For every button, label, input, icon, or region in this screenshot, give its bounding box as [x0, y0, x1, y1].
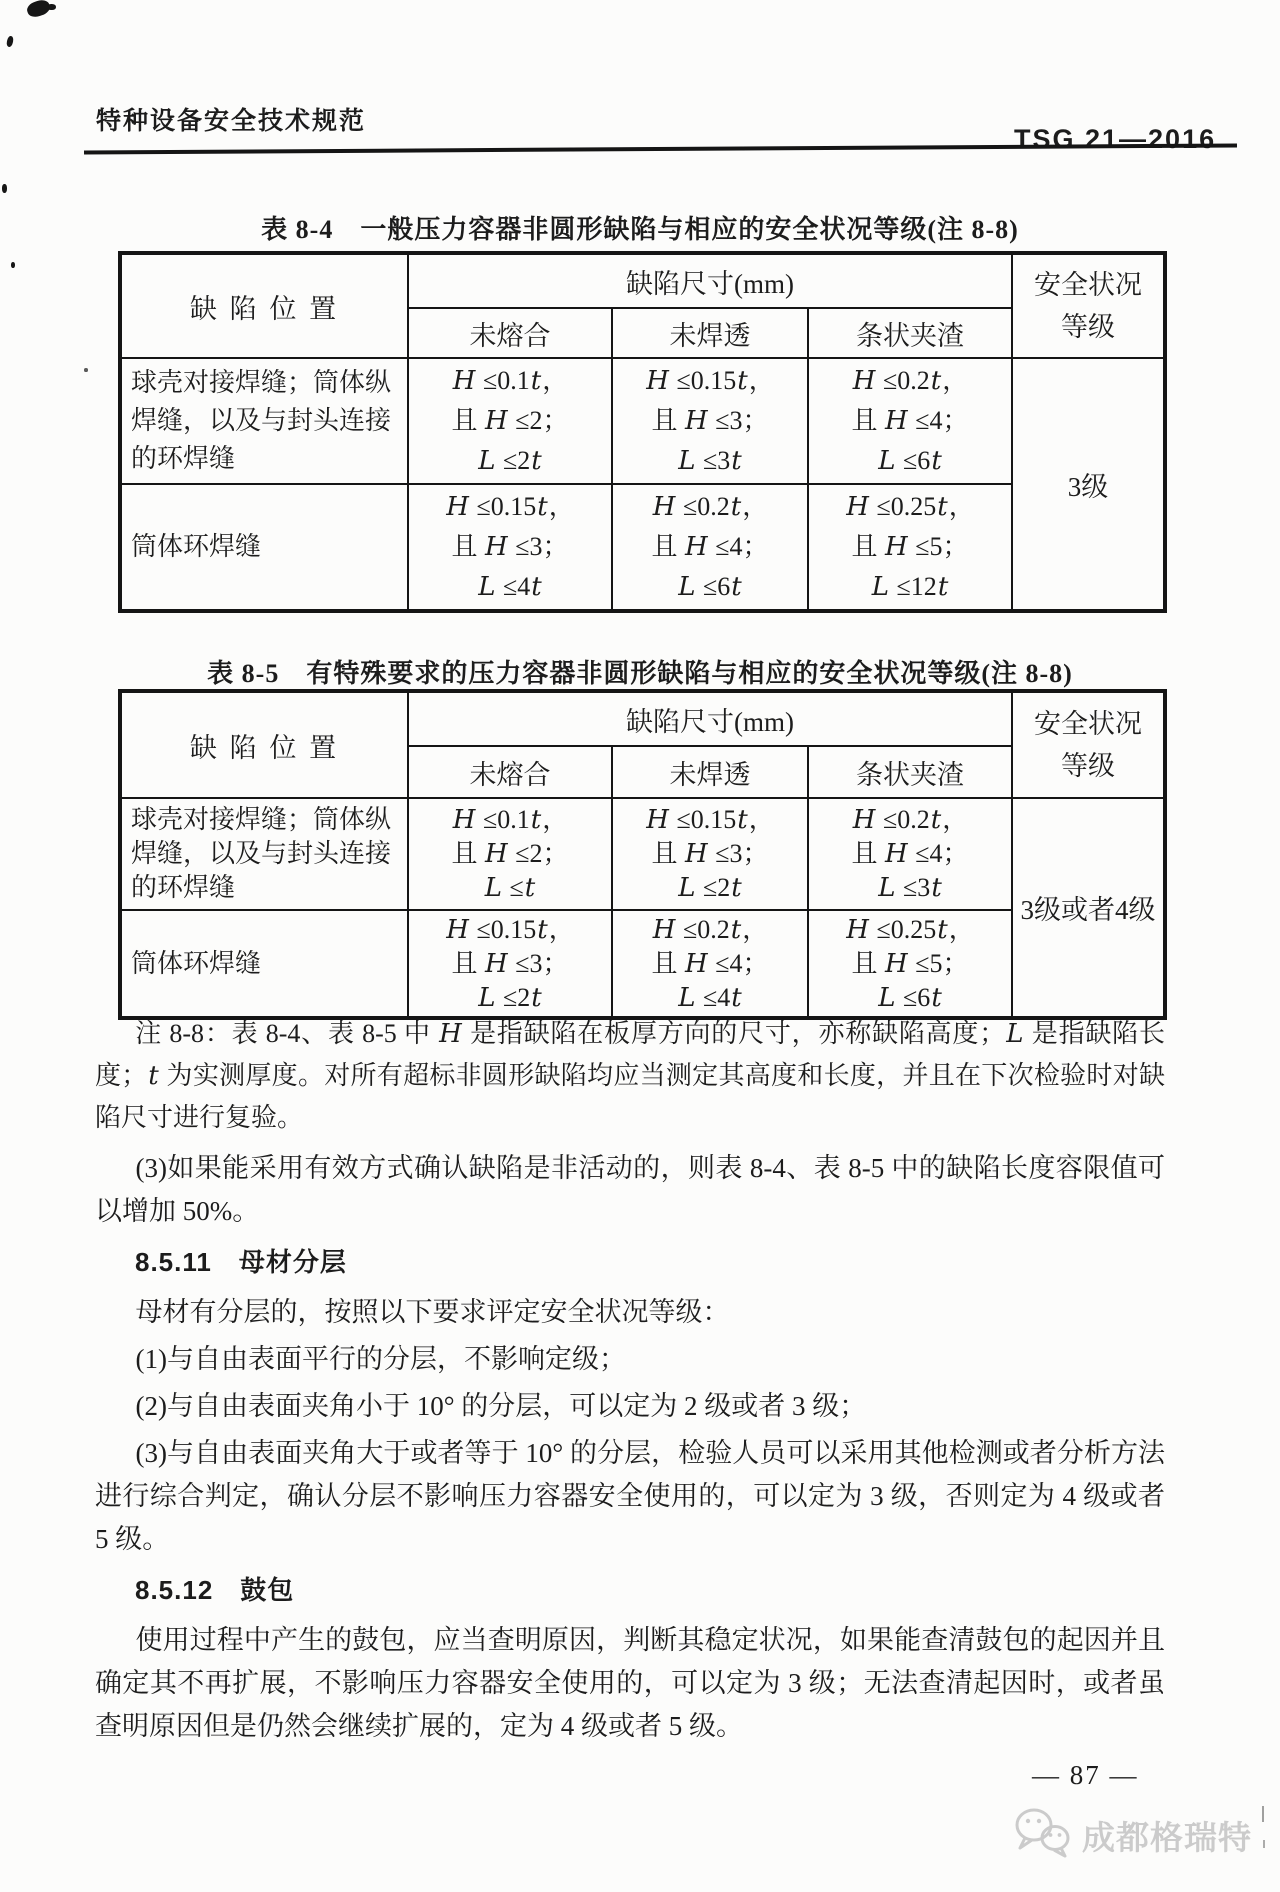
size-limit-line: 且 H ≤5； [809, 527, 1011, 567]
column-header-incomplete-fusion: 未熔合 [408, 746, 612, 798]
paragraph: (2)与自由表面夹角小于 10° 的分层，可以定为 2 级或者 3 级； [95, 1385, 1165, 1428]
table-row: 球壳对接焊缝；筒体纵焊缝，以及与封头连接的环焊缝 H ≤0.1t， 且 H ≤2… [120, 798, 1165, 910]
paragraph: 母材有分层的，按照以下要求评定安全状况等级： [95, 1291, 1165, 1334]
size-limit-line: H ≤0.15t， [613, 361, 807, 401]
size-limit-line: L ≤6t [613, 567, 807, 607]
table-header-row: 缺 陷 位 置 缺陷尺寸(mm) 安全状况 等级 [120, 253, 1165, 308]
scan-speckle [25, 0, 52, 19]
cell-defect-location: 球壳对接焊缝；筒体纵焊缝，以及与封头连接的环焊缝 [120, 798, 408, 910]
table-row: 球壳对接焊缝；筒体纵焊缝，以及与封头连接的环焊缝 H ≤0.1t， 且 H ≤2… [120, 358, 1165, 484]
safety-grade-header-line2: 等级 [1013, 306, 1163, 348]
size-limit-line: 且 H ≤3； [409, 947, 611, 981]
size-limit-line: L ≤4t [409, 567, 611, 607]
cell-defect-location: 球壳对接焊缝；筒体纵焊缝，以及与封头连接的环焊缝 [120, 358, 408, 484]
cell-size-limit: H ≤0.15t， 且 H ≤3； L ≤2t [408, 910, 612, 1018]
safety-grade-header-line1: 安全状况 [1013, 264, 1163, 306]
cell-size-limit: H ≤0.1t， 且 H ≤2； L ≤t [408, 798, 612, 910]
scan-speckle [2, 184, 7, 193]
note-8-8: 注 8-8：表 8-4、表 8-5 中 H 是指缺陷在板厚方向的尺寸，亦称缺陷高… [95, 1013, 1165, 1139]
wechat-icon [1012, 1806, 1074, 1865]
cell-size-limit: H ≤0.1t， 且 H ≤2； L ≤2t [408, 358, 612, 484]
size-limit-line: 且 H ≤3； [613, 837, 807, 871]
table-8-4: 缺 陷 位 置 缺陷尺寸(mm) 安全状况 等级 未熔合 未焊透 条状夹渣 球壳… [118, 251, 1167, 613]
scan-speckle [1263, 1840, 1265, 1848]
size-limit-line: L ≤t [409, 871, 611, 905]
paragraph: 使用过程中产生的鼓包，应当查明原因，判断其稳定状况，如果能查清鼓包的起因并且确定… [95, 1619, 1165, 1748]
size-limit-line: 且 H ≤4； [809, 401, 1011, 441]
table-row: 筒体环焊缝 H ≤0.15t， 且 H ≤3； L ≤2t H ≤0.2t， 且… [120, 910, 1165, 1018]
scan-speckle [6, 35, 14, 47]
paragraph: (1)与自由表面平行的分层，不影响定级； [95, 1338, 1165, 1381]
paragraph: (3)如果能采用有效方式确认缺陷是非活动的，则表 8-4、表 8-5 中的缺陷长… [95, 1147, 1165, 1233]
section-heading-8-5-12: 8.5.12 鼓包 [95, 1569, 1165, 1612]
size-limit-line: L ≤2t [613, 871, 807, 905]
safety-grade-header-line1: 安全状况 [1013, 703, 1163, 745]
table-header-row: 缺 陷 位 置 缺陷尺寸(mm) 安全状况 等级 [120, 691, 1165, 746]
page-number: — 87 — [1032, 1760, 1139, 1791]
doc-title: 特种设备安全技术规范 [96, 101, 366, 137]
column-header-safety-grade: 安全状况 等级 [1012, 253, 1165, 358]
size-limit-line: 且 H ≤4； [613, 527, 807, 567]
table-row: 筒体环焊缝 H ≤0.15t， 且 H ≤3； L ≤4t H ≤0.2t， 且… [120, 484, 1165, 611]
size-limit-line: H ≤0.15t， [409, 487, 611, 527]
cell-size-limit: H ≤0.25t， 且 H ≤5； L ≤12t [808, 484, 1012, 611]
cell-safety-grade: 3级 [1012, 358, 1165, 611]
size-limit-line: H ≤0.25t， [809, 487, 1011, 527]
watermark-text: 成都格瑞特 [1082, 1812, 1252, 1859]
size-limit-line: H ≤0.15t， [613, 803, 807, 837]
cell-size-limit: H ≤0.15t， 且 H ≤3； L ≤4t [408, 484, 612, 611]
cell-size-limit: H ≤0.15t， 且 H ≤3； L ≤2t [612, 798, 808, 910]
cell-size-limit: H ≤0.2t， 且 H ≤4； L ≤3t [808, 798, 1012, 910]
size-limit-line: L ≤3t [613, 441, 807, 481]
size-limit-line: H ≤0.25t， [809, 913, 1011, 947]
size-limit-line: 且 H ≤3； [409, 527, 611, 567]
cell-defect-location: 筒体环焊缝 [120, 484, 408, 611]
column-header-incomplete-fusion: 未熔合 [408, 308, 612, 358]
cell-size-limit: H ≤0.25t， 且 H ≤5； L ≤6t [808, 910, 1012, 1018]
column-header-defect-size: 缺陷尺寸(mm) [408, 253, 1012, 308]
column-header-defect-location: 缺 陷 位 置 [120, 691, 408, 798]
doc-code: TSG 21—2016 [1014, 124, 1216, 155]
document-page: 特种设备安全技术规范 TSG 21—2016 表 8-4 一般压力容器非圆形缺陷… [0, 0, 1280, 1892]
column-header-strip-slag-inclusion: 条状夹渣 [808, 746, 1012, 798]
cell-size-limit: H ≤0.2t， 且 H ≤4； L ≤4t [612, 910, 808, 1018]
size-limit-line: H ≤0.2t， [613, 913, 807, 947]
column-header-incomplete-penetration: 未焊透 [612, 746, 808, 798]
size-limit-line: H ≤0.1t， [409, 803, 611, 837]
scan-speckle [1262, 1806, 1264, 1822]
table-8-5: 缺 陷 位 置 缺陷尺寸(mm) 安全状况 等级 未熔合 未焊透 条状夹渣 球壳… [118, 689, 1167, 1020]
column-header-strip-slag-inclusion: 条状夹渣 [808, 308, 1012, 358]
paragraph: (3)与自由表面夹角大于或者等于 10° 的分层，检验人员可以采用其他检测或者分… [95, 1432, 1165, 1561]
size-limit-line: L ≤12t [809, 567, 1011, 607]
column-header-incomplete-penetration: 未焊透 [612, 308, 808, 358]
size-limit-line: H ≤0.1t， [409, 361, 611, 401]
size-limit-line: 且 H ≤5； [809, 947, 1011, 981]
size-limit-line: 且 H ≤2； [409, 401, 611, 441]
size-limit-line: H ≤0.2t， [613, 487, 807, 527]
table-8-5-title: 表 8-5 有特殊要求的压力容器非圆形缺陷与相应的安全状况等级(注 8-8) [0, 653, 1280, 690]
size-limit-line: 且 H ≤4； [809, 837, 1011, 871]
size-limit-line: L ≤6t [809, 981, 1011, 1015]
size-limit-line: L ≤3t [809, 871, 1011, 905]
scan-speckle [84, 368, 88, 372]
size-limit-line: 且 H ≤4； [613, 947, 807, 981]
size-limit-line: 且 H ≤2； [409, 837, 611, 871]
size-limit-line: H ≤0.2t， [809, 803, 1011, 837]
cell-size-limit: H ≤0.2t， 且 H ≤4； L ≤6t [808, 358, 1012, 484]
size-limit-line: H ≤0.2t， [809, 361, 1011, 401]
cell-safety-grade: 3级或者4级 [1012, 798, 1165, 1018]
cell-defect-location: 筒体环焊缝 [120, 910, 408, 1018]
column-header-safety-grade: 安全状况 等级 [1012, 691, 1165, 798]
section-heading-8-5-11: 8.5.11 母材分层 [95, 1241, 1165, 1284]
size-limit-line: L ≤2t [409, 441, 611, 481]
column-header-defect-location: 缺 陷 位 置 [120, 253, 408, 358]
body-text: (3)如果能采用有效方式确认缺陷是非活动的，则表 8-4、表 8-5 中的缺陷长… [95, 1147, 1165, 1752]
safety-grade-header-line2: 等级 [1013, 745, 1163, 787]
column-header-defect-size: 缺陷尺寸(mm) [408, 691, 1012, 746]
size-limit-line: H ≤0.15t， [409, 913, 611, 947]
watermark: 成都格瑞特 [1012, 1806, 1252, 1865]
scan-speckle [47, 4, 56, 10]
scan-speckle [11, 262, 15, 268]
table-8-4-title: 表 8-4 一般压力容器非圆形缺陷与相应的安全状况等级(注 8-8) [0, 209, 1280, 246]
size-limit-line: L ≤2t [409, 981, 611, 1015]
size-limit-line: L ≤4t [613, 981, 807, 1015]
size-limit-line: L ≤6t [809, 441, 1011, 481]
cell-size-limit: H ≤0.15t， 且 H ≤3； L ≤3t [612, 358, 808, 484]
cell-size-limit: H ≤0.2t， 且 H ≤4； L ≤6t [612, 484, 808, 611]
size-limit-line: 且 H ≤3； [613, 401, 807, 441]
